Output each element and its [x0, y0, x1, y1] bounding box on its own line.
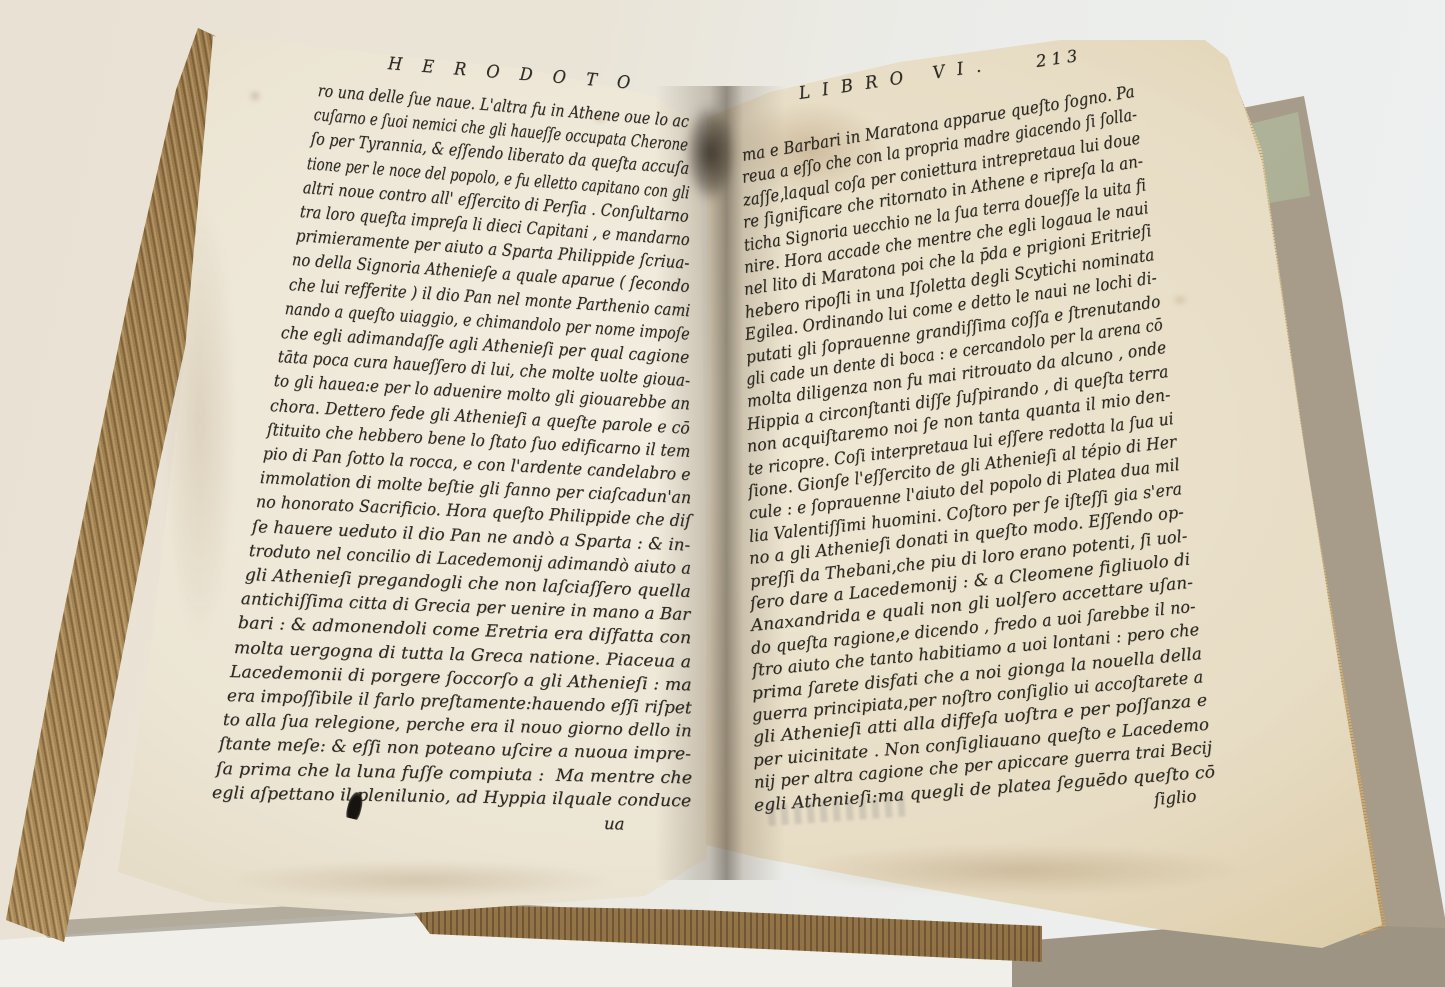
marbled-cover-bottom-edge: [0, 0, 1445, 987]
photo-of-open-antique-book: HERODOTO LIBRO VI. 213 ro una delle ſue …: [0, 0, 1445, 987]
tabletop-background: [0, 0, 1445, 987]
text-line: re ſignificare che ritornato in Athene e…: [742, 153, 1144, 231]
text-line: ro una delle ſue naue. L'altra fu in Ath…: [317, 82, 689, 130]
text-line: ſero dare a Lacedemonij : & a Cleomene f…: [749, 550, 1191, 611]
text-line: gli Athenieſi atti alla diffeſa uoſtra e…: [752, 692, 1207, 746]
faint-ink-stamp: [767, 795, 910, 826]
folio-number: 213: [1035, 46, 1084, 71]
text-line: nel lito di Maratona poi che la p̄da e p…: [743, 222, 1153, 298]
text-line: cule : e ſoprauenne l'aiuto del popolo d…: [748, 456, 1180, 522]
text-line: ſo per Tyrannia, & eſſendo liberato da q…: [310, 130, 689, 177]
text-line: ſa prima che la luna fuſſe compiuta : Ma…: [215, 760, 692, 786]
text-line: molta diligenza non fu mai ritrouato da …: [745, 339, 1166, 410]
text-line: ticha Signoria uecchio ne la ſua terra d…: [742, 176, 1146, 253]
foxing-and-stains: [0, 0, 1445, 987]
table-surface-below-book: [0, 0, 1445, 987]
text-line: ſione. Gionſe l'eſſercito de gli Athenie…: [747, 433, 1177, 500]
text-line: ma e Barbari in Maratona apparue queſto …: [741, 83, 1136, 164]
right-page: [0, 0, 1445, 987]
text-line: molta uergogna di tutta la Greca natione…: [234, 639, 692, 670]
text-line: lia Valentiſſimi huomini. Coſtoro per ſe…: [748, 480, 1183, 545]
text-line: Hippia a circonſtanti diſſe ſuſpirando ,…: [746, 363, 1169, 433]
text-line: hebero ripoſli in una Iſoletta degli Scy…: [744, 246, 1156, 321]
gutter-top-shadow: [678, 88, 742, 218]
text-line: immolation di molte beſtie gli fanno per…: [259, 469, 691, 506]
text-line: troduto nel concilio di Lacedemonij adim…: [248, 542, 691, 577]
text-line: altri noue contro all' eſſercito di Perſ…: [303, 179, 690, 225]
book-contact-shadow: [0, 0, 1445, 987]
text-line: pio di Pan ſotto la rocca, e con l'arden…: [263, 445, 691, 483]
text-line: zaſſe,laqual coſa per coniettura intrepr…: [742, 129, 1142, 208]
text-line: tāta poca cura haueſſero di lui, che mol…: [277, 348, 690, 389]
fore-edge-page-stack: [0, 0, 1445, 987]
left-page: [0, 0, 1445, 987]
gutter-shadow: [655, 86, 785, 880]
text-line: to gli hauea:e per lo aduenire molto gli…: [274, 372, 691, 412]
text-line: che lui refferite ) il dio Pan nel monte…: [288, 276, 690, 319]
marbled-cover-right-edge: [0, 0, 1445, 987]
text-line: primieramente per aiuto a Sparta Philipp…: [295, 227, 690, 271]
text-line: era impoſſibile il farlo preſtamente:hau…: [226, 687, 691, 716]
text-line: reua a eſſo che con la propria madre gia…: [741, 106, 1138, 186]
text-line: ſtro aiuto che tanto habitiamo a uoi lon…: [751, 621, 1200, 679]
text-line: ſtituito che hebbero bene lo ſtato ſuo e…: [266, 421, 690, 460]
text-line: putati gli ſoprauenne grandiſſima coſſa …: [745, 293, 1161, 366]
text-line: Lacedemonii di porgere ſoccorſo a gli At…: [230, 663, 692, 693]
running-header-right: LIBRO VI.: [798, 55, 995, 104]
text-line: tione per le noce del popolo, e fu ellet…: [306, 155, 690, 201]
running-header-left: HERODOTO: [387, 54, 651, 95]
board-corner: [0, 0, 1445, 987]
text-line: egli Athenieſi:ma quegli de platea ſeguē…: [753, 763, 1215, 814]
text-line: te ricopre. Coſi interpretaua lui eſſere…: [747, 410, 1175, 478]
text-line: prima ſarete disfati che a noi gionga la…: [751, 645, 1202, 702]
text-line: guerra principiata,per noſtro conſiglio …: [752, 668, 1205, 723]
text-line: no a gli Athenieſi donati in queſto modo…: [749, 504, 1186, 567]
ink-blot: [345, 791, 365, 821]
text-line: bari : & admonendoli come Eretria era di…: [237, 614, 691, 646]
text-line: che egli adimandaſſe agli Athenieſi per …: [281, 324, 690, 366]
printed-text-layer: HERODOTO LIBRO VI. 213 ro una delle ſue …: [0, 0, 1445, 987]
text-line: nando a queſto uiaggio, e chimandolo per…: [285, 300, 691, 342]
text-line: tra loro queſta impreſa li dieci Capitan…: [299, 203, 690, 248]
text-line: to alla ſua relegione, perche era il nou…: [223, 711, 692, 739]
text-line: Egilea. Ordinando lui come e detto le na…: [744, 269, 1158, 343]
catchword-right: ſiglio: [1153, 786, 1197, 809]
catchword-left: ua: [604, 814, 625, 834]
text-line: gli Athenieſi pregandogli che non laſcia…: [245, 566, 691, 600]
text-line: non acquiſtaremo noi ſe non tanta quanta…: [746, 386, 1171, 455]
text-line: ſtante meſe: & eſſi non poteano uſcire a…: [219, 735, 691, 762]
text-line: per uicinitate . Non conſigliauano queſt…: [753, 716, 1210, 769]
bottom-page-block-edges: [0, 0, 1445, 987]
text-line: ſe hauere ueduto il dio Pan ne andò a Sp…: [252, 518, 691, 553]
text-line: gli cade un dente di boca : e cercandolo…: [745, 316, 1164, 388]
text-line: do queſta ragione,e dicendo , fredo a uo…: [750, 598, 1196, 657]
right-page-block-edge: [0, 0, 1445, 987]
text-line: antichiſſima citta di Grecia per uenire …: [241, 590, 691, 623]
text-line: nij per altra cagione che per apiccare g…: [753, 739, 1212, 791]
text-line: chora. Dettero fede gli Athenieſi a queſ…: [270, 397, 691, 437]
text-line: cuſarno e ſuoi nemici che gli haueſſe oc…: [314, 106, 689, 153]
text-line: Anaxandrida e quali non gli uolſero acce…: [750, 574, 1194, 634]
text-line: egli aſpettano il plenilunio, ad Hyppia …: [212, 784, 692, 809]
text-line: preſſi da Thebani,che piu di loro erano …: [749, 527, 1188, 589]
text-line: no honorato Sacrificio. Hora queſto Phil…: [255, 493, 691, 529]
text-line: nire. Hora accade che mentre che egli lo…: [743, 199, 1150, 275]
text-line: no della Signoria Athenieſe a quale apar…: [292, 251, 691, 295]
